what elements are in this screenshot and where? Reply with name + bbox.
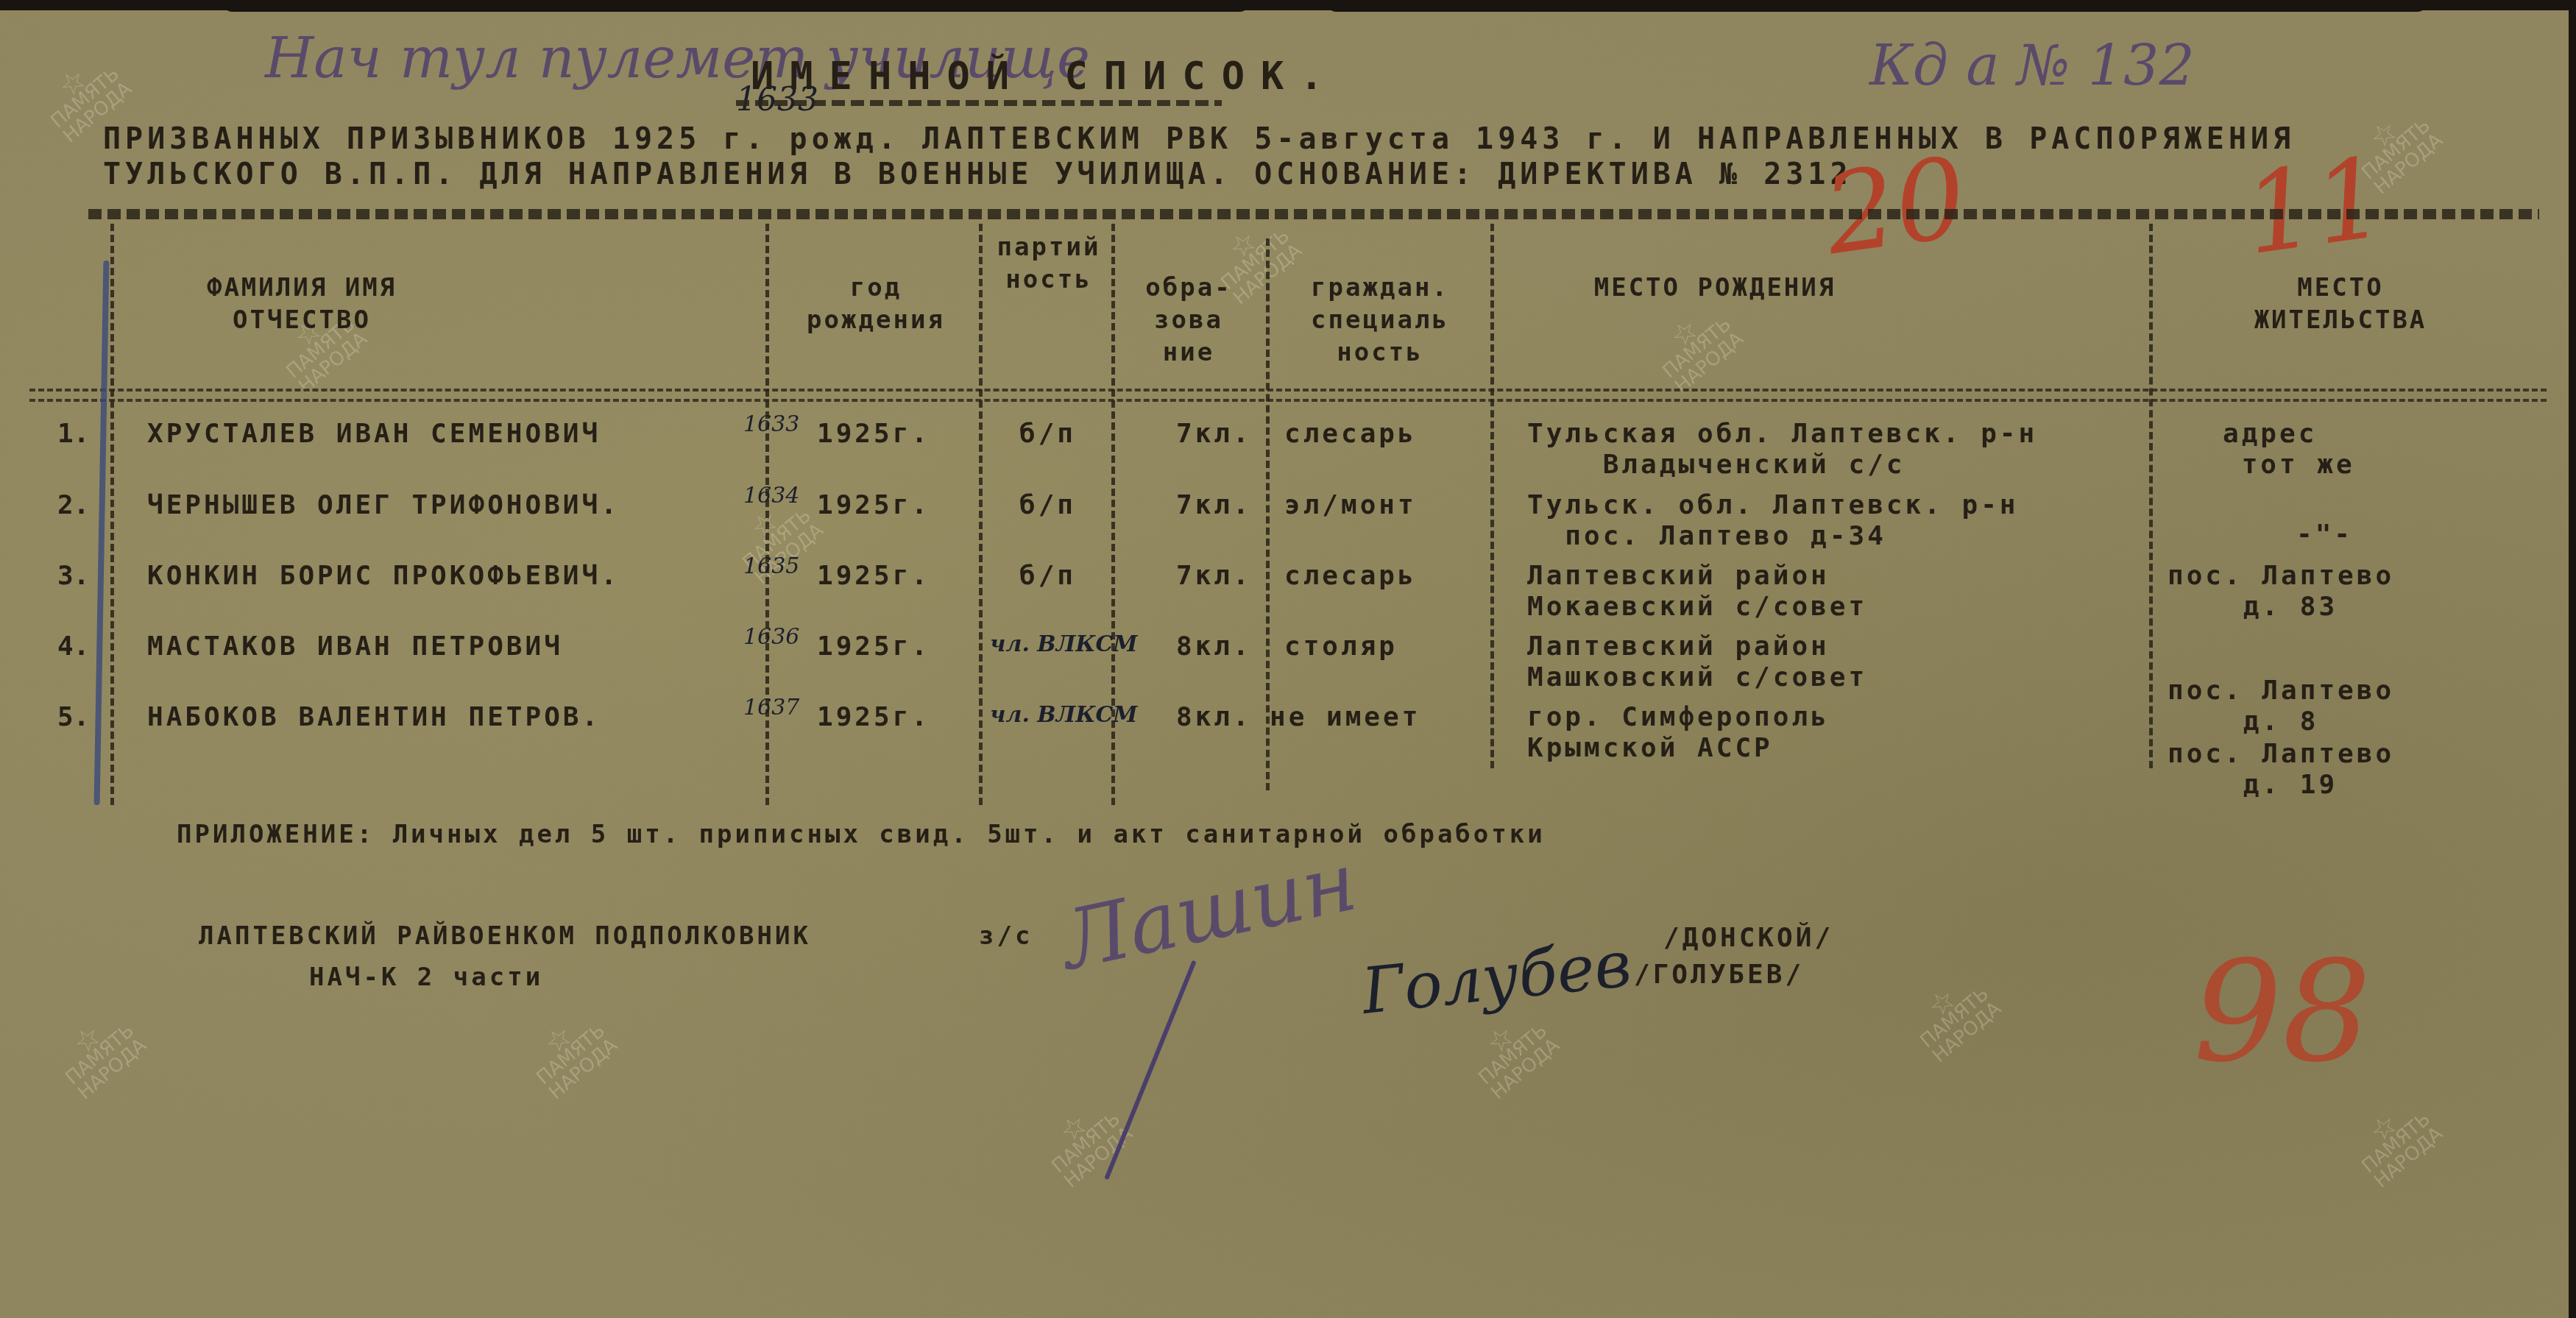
row-birth-year: 1925г. [817, 631, 930, 662]
row-number: 5. [57, 702, 89, 732]
row-specialty: эл/монт [1284, 490, 1417, 520]
signature-voenkom: Лашин [1053, 834, 1365, 988]
red-pencil-mark: 11 [2237, 134, 2393, 280]
torn-edge [1325, 0, 2429, 12]
handwritten-mark: 1636 [743, 624, 799, 650]
watermark: ☆ПАМЯТЬНАРОДА [2346, 1094, 2446, 1191]
row-birthplace: Лаптевский район Мокаевский с/совет [1527, 561, 1867, 623]
row-birthplace: гор. Симферополь Крымской АССР [1527, 702, 1830, 764]
handwritten-mark: 1634 [743, 483, 799, 509]
row-name: КОНКИН БОРИС ПРОКОФЬЕВИЧ. [147, 561, 620, 591]
row-birth-year: 1925г. [817, 419, 930, 449]
watermark: ☆ПАМЯТЬНАРОДА [1647, 300, 1747, 396]
folio-number: 98 [2193, 930, 2371, 1093]
signature-prefix: з/с [979, 921, 1033, 951]
signatory-subtitle: НАЧ-К 2 части [309, 963, 543, 992]
row-education: 7кл. [1176, 419, 1252, 449]
row-number: 4. [57, 631, 89, 662]
row-specialty: слесарь [1284, 561, 1417, 591]
row-number: 1. [57, 419, 89, 449]
star-icon: ☆ [521, 1006, 596, 1074]
watermark: ☆ПАМЯТЬНАРОДА [50, 1006, 150, 1102]
row-birthplace: Лаптевский район Машковский с/совет [1527, 631, 1867, 693]
star-icon: ☆ [1905, 969, 1980, 1037]
header-specialty: граждан. специаль ность [1273, 272, 1487, 369]
row-name: НАБОКОВ ВАЛЕНТИН ПЕТРОВ. [147, 702, 601, 732]
row-residence: адрес тот же [2223, 419, 2355, 481]
row-education: 8кл. [1176, 702, 1252, 732]
handwritten-reference: Кд а № 132 [1869, 32, 2195, 98]
star-icon: ☆ [50, 1006, 125, 1074]
watermark: ☆ПАМЯТЬНАРОДА [521, 1006, 621, 1102]
intro-line-2: ТУЛЬСКОГО В.П.П. ДЛЯ НАПРАВЛЕНИЯ В ВОЕНН… [103, 157, 1852, 191]
row-education: 7кл. [1176, 490, 1252, 520]
row-name: МАСТАКОВ ИВАН ПЕТРОВИЧ [147, 631, 563, 662]
star-icon: ☆ [2346, 1094, 2421, 1162]
row-party: б/п [1019, 490, 1076, 520]
header-residence: МЕСТО ЖИТЕЛЬСТВА [2179, 272, 2502, 336]
column-divider [2149, 224, 2153, 768]
watermark: ☆ПАМЯТЬНАРОДА [1463, 1006, 1563, 1102]
row-party: б/п [1019, 561, 1076, 591]
header-party: партий ность [986, 231, 1111, 296]
row-residence: пос. Лаптево д. 83 [2168, 561, 2394, 623]
watermark: ☆ПАМЯТЬНАРОДА [1905, 969, 2005, 1066]
handwritten-mark: 1635 [743, 553, 799, 579]
red-pencil-mark: 20 [1817, 134, 1974, 280]
row-party: б/п [1019, 419, 1076, 449]
header-birthplace: МЕСТО РОЖДЕНИЯ [1516, 272, 1914, 304]
title-underline [736, 100, 1222, 106]
row-number: 2. [57, 490, 89, 520]
row-specialty: столяр [1284, 631, 1398, 662]
row-birth-year: 1925г. [817, 490, 930, 520]
row-name: ЧЕРНЫШЕВ ОЛЕГ ТРИФОНОВИЧ. [147, 490, 620, 520]
document-title: ИМЕННОЙ СПИСОК. [751, 54, 1340, 99]
row-birth-year: 1925г. [817, 561, 930, 591]
row-residence: пос. Лаптево д. 8 [2168, 676, 2394, 737]
handwritten-mark: 1637 [743, 695, 799, 720]
archival-document: ☆ПАМЯТЬНАРОДА ☆ПАМЯТЬНАРОДА ☆ПАМЯТЬНАРОД… [0, 10, 2569, 1318]
column-divider [1490, 224, 1494, 768]
signature-chief: Голубев [1359, 927, 1635, 1029]
row-birthplace: Тульская обл. Лаптевск. р-н Владыченский… [1527, 419, 2037, 481]
header-separator-rule [29, 389, 2547, 402]
star-icon: ☆ [35, 49, 110, 117]
row-birth-year: 1925г. [817, 702, 930, 732]
signature-stroke [1104, 960, 1196, 1180]
blue-pencil-line [94, 261, 110, 805]
handwritten-mark: 1633 [743, 411, 799, 437]
table-top-rule [88, 209, 2539, 219]
row-residence: пос. Лаптево д. 19 [2168, 739, 2394, 801]
header-education: обра- зова ние [1119, 272, 1259, 369]
torn-edge [221, 0, 1251, 12]
star-icon: ☆ [1647, 300, 1722, 367]
column-divider [110, 224, 114, 805]
row-education: 8кл. [1176, 631, 1252, 662]
row-party-handwritten: чл. ВЛКСМ [990, 631, 1138, 657]
header-name: ФАМИЛИЯ ИМЯ ОТЧЕСТВО [147, 272, 456, 336]
row-party-handwritten: чл. ВЛКСМ [990, 702, 1138, 728]
signatory-title: ЛАПТЕВСКИЙ РАЙВОЕНКОМ ПОДПОЛКОВНИК [199, 921, 811, 951]
column-divider [979, 224, 983, 805]
intro-line-1: ПРИЗВАННЫХ ПРИЗЫВНИКОВ 1925 г. рожд. ЛАП… [103, 122, 2295, 156]
row-specialty: не имеет [1270, 702, 1420, 732]
row-birthplace: Тульск. обл. Лаптевск. р-н пос. Лаптево … [1527, 490, 2019, 552]
row-residence: -"- [2296, 520, 2353, 550]
row-name: ХРУСТАЛЕВ ИВАН СЕМЕНОВИЧ [147, 419, 601, 449]
signatory-name-1: /ДОНСКОЙ/ [1663, 923, 1833, 953]
row-education: 7кл. [1176, 561, 1252, 591]
signatory-name-2: /ГОЛУБЕВ/ [1634, 960, 1804, 990]
header-birth-year: год рождения [773, 272, 979, 336]
star-icon: ☆ [1036, 1094, 1111, 1162]
row-number: 3. [57, 561, 89, 591]
row-specialty: слесарь [1284, 419, 1417, 449]
